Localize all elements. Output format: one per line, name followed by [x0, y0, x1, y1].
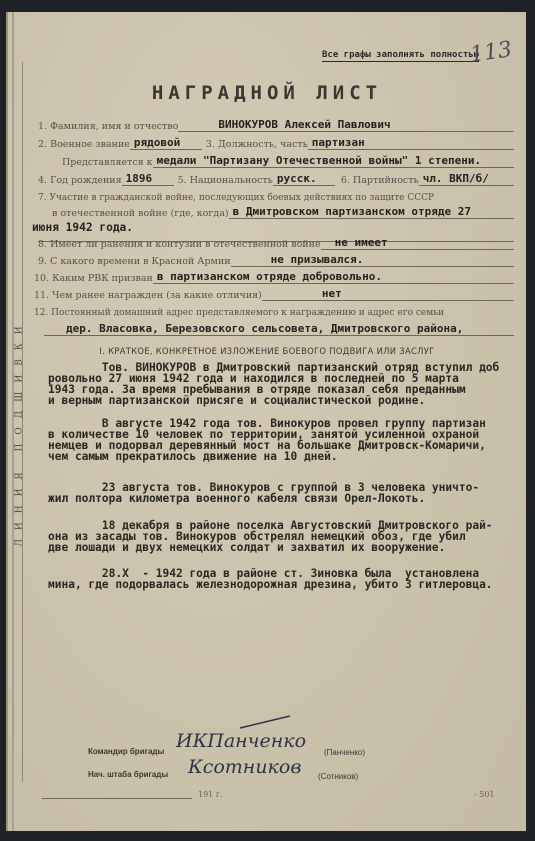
field-label: Представляется к — [62, 157, 153, 168]
chief-of-staff-label: Нач. штаба бригады — [88, 770, 168, 779]
field-value: дер. Власовка, Березовского сельсовета, … — [44, 322, 514, 336]
field-value: в Дмитровском партизанском отряде 27 — [229, 205, 514, 219]
commander-signature: ИКПанченко — [176, 730, 306, 752]
field-label: 11. Чем ранее награжден (за какие отличи… — [34, 290, 262, 301]
header-note: Все графы заполнять полностью — [322, 50, 479, 62]
field-war-participation-cont: июня 1942 года. — [32, 219, 514, 233]
field-value: нет — [262, 287, 514, 301]
field-red-army-since: 9. С какого времени в Красной Армии не п… — [38, 253, 514, 267]
field-label: 2. Военное звание — [38, 139, 130, 150]
page-number: 113 — [468, 37, 513, 68]
field-label: 9. С какого времени в Красной Армии — [38, 256, 231, 267]
field-previous-awards: 11. Чем ранее награжден (за какие отличи… — [34, 287, 514, 301]
date-year: 191 г. — [198, 790, 223, 799]
field-label: 6. Партийность — [341, 175, 419, 186]
narrative-paragraph: Тов. ВИНОКУРОВ в Дмитровский партизански… — [48, 362, 526, 406]
field-address-label: 12. Постоянный домашний адрес представля… — [34, 304, 514, 318]
narrative-paragraph: 28.X - 1942 года в районе ст. Зиновка бы… — [48, 568, 526, 590]
field-value: партизан — [308, 136, 514, 150]
award-sheet: ЛИНИЯ ПОДШИВКИ Все графы заполнять полно… — [6, 12, 526, 831]
commander-label: Командир бригады — [88, 747, 164, 756]
field-value: рядовой — [130, 136, 202, 150]
chief-of-staff-signature: Ксотников — [188, 756, 301, 778]
field-label: 4. Год рождения — [38, 175, 122, 186]
field-label: 3. Должность, часть — [206, 139, 308, 150]
narrative-paragraph: 18 декабря в районе поселка Августовский… — [48, 520, 526, 553]
narrative-paragraph: 23 августа тов. Винокуров с группой в 3 … — [48, 482, 526, 504]
field-label: 8. Имеет ли ранения и контузии в отечест… — [38, 239, 321, 250]
field-war-participation-label: 7. Участие в гражданской войне, последую… — [38, 189, 514, 203]
field-label: 12. Постоянный домашний адрес представля… — [34, 308, 444, 318]
field-birth-nationality-party: 4. Год рождения 1896 5. Национальность р… — [38, 172, 514, 186]
field-value: в партизанском отряде добровольно. — [153, 270, 514, 284]
field-label: 1. Фамилия, имя и отчество — [38, 121, 178, 132]
field-conscripted-by: 10. Каким РВК призван в партизанском отр… — [34, 270, 514, 284]
field-wounds: 8. Имеет ли ранения и контузии в отечест… — [38, 236, 514, 250]
margin-binding-text: ЛИНИЯ ПОДШИВКИ — [10, 252, 30, 612]
field-value: 1896 — [122, 172, 174, 186]
form-code: - 501 — [474, 790, 495, 799]
field-value: июня 1942 года. — [32, 222, 133, 233]
field-value: чл. ВКП/б/ — [419, 172, 514, 186]
commander-name: (Панченко) — [324, 748, 365, 757]
narrative-paragraph: В августе 1942 года тов. Винокуров прове… — [48, 418, 526, 462]
document-title: НАГРАДНОЙ ЛИСТ — [8, 82, 526, 104]
field-rank-position: 2. Военное звание рядовой 3. Должность, … — [38, 136, 514, 150]
section-title: I. КРАТКОЕ, КОНКРЕТНОЕ ИЗЛОЖЕНИЕ БОЕВОГО… — [8, 346, 526, 356]
field-value: не имеет — [321, 236, 514, 250]
field-value: ВИНОКУРОВ Алексей Павлович — [178, 118, 514, 132]
field-value: медали "Партизану Отечественной войны" 1… — [153, 154, 514, 168]
pen-stroke — [238, 712, 298, 732]
field-value: русск. — [273, 172, 335, 186]
field-name: 1. Фамилия, имя и отчество ВИНОКУРОВ Але… — [38, 118, 514, 132]
field-label: в отечественной войне (где, когда) — [52, 208, 229, 219]
field-label: 7. Участие в гражданской войне, последую… — [38, 193, 434, 203]
field-label: 10. Каким РВК призван — [34, 273, 153, 284]
field-war-participation: в отечественной войне (где, когда) в Дми… — [52, 205, 514, 219]
field-address: дер. Власовка, Березовского сельсовета, … — [44, 322, 514, 336]
date-line — [42, 798, 192, 799]
field-presented-for: Представляется к медали "Партизану Отече… — [62, 154, 514, 168]
chief-of-staff-name: (Сотников) — [318, 772, 358, 781]
field-value: не призывался. — [231, 253, 514, 267]
field-label: 5. Национальность — [178, 175, 273, 186]
